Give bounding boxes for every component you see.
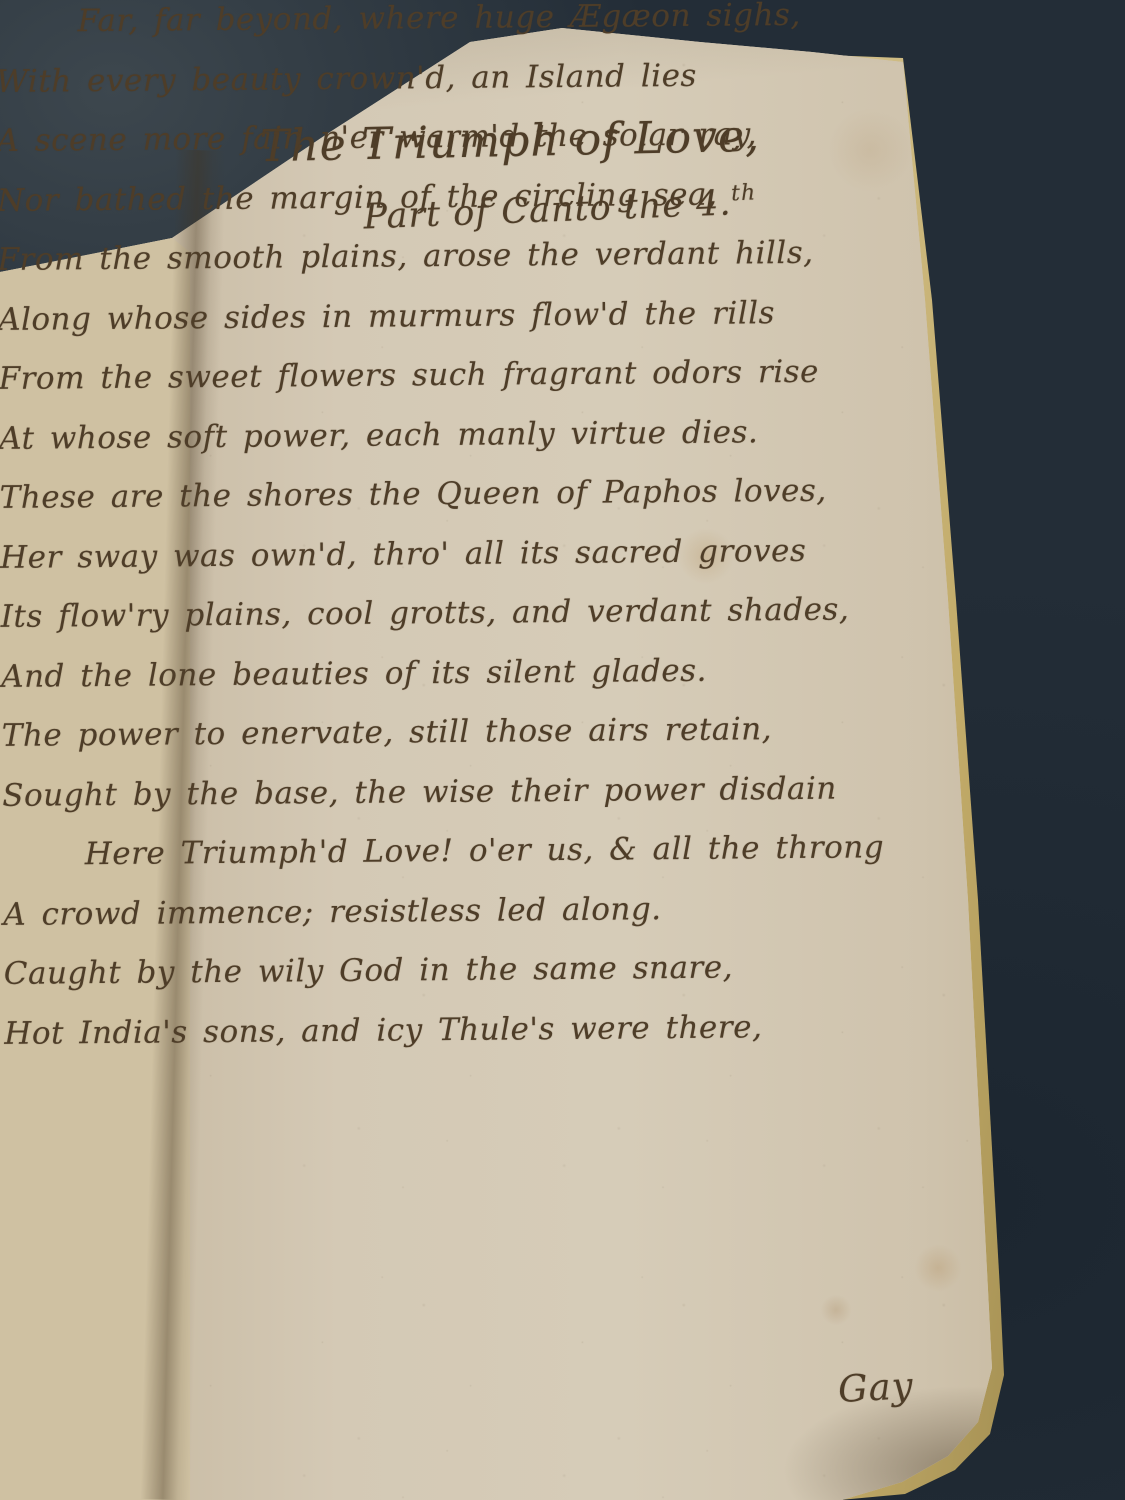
poem-line: Its flow'ry plains, cool grotts, and ver… [1, 591, 901, 658]
poem-line: At whose soft power, each manly virtue d… [0, 413, 899, 480]
poem-line: The power to enervate, still those airs … [2, 710, 902, 777]
poem-body: Far, far beyond, where huge Ægæon sighs,… [0, 0, 905, 1075]
poem-line: Sought by the base, the wise their power… [2, 770, 902, 837]
poem-line: Along whose sides in murmurs flow'd the … [0, 294, 898, 361]
poem-line: And the lone beauties of its silent glad… [1, 651, 901, 718]
poem-line: From the sweet flowers such fragrant odo… [0, 353, 899, 420]
poem-line: A scene more fair, n'er warm'd the solar… [0, 115, 897, 182]
poem-line: Nor bathed the margin of the circling se… [0, 175, 897, 242]
poem-line: With every beauty crown'd, an Island lie… [0, 56, 896, 123]
poem-line: These are the shores the Queen of Paphos… [0, 472, 900, 539]
poem-line: Caught by the wily God in the same snare… [4, 948, 904, 1015]
poem-line: From the smooth plains, arose the verdan… [0, 234, 898, 301]
photo-background: The Triumph of Love, Part of Canto the 4… [0, 0, 1125, 1500]
poem-line: A crowd immence; resistless led along. [3, 889, 903, 956]
poem-line: Her sway was own'd, thro' all its sacred… [0, 532, 900, 599]
poem-line: Here Triumph'd Love! o'er us, & all the … [3, 829, 903, 896]
author-signature: Gay [837, 1364, 915, 1411]
poem-line: Hot India's sons, and icy Thule's were t… [4, 1008, 904, 1075]
poem-line: Far, far beyond, where huge Ægæon sighs, [0, 0, 896, 63]
